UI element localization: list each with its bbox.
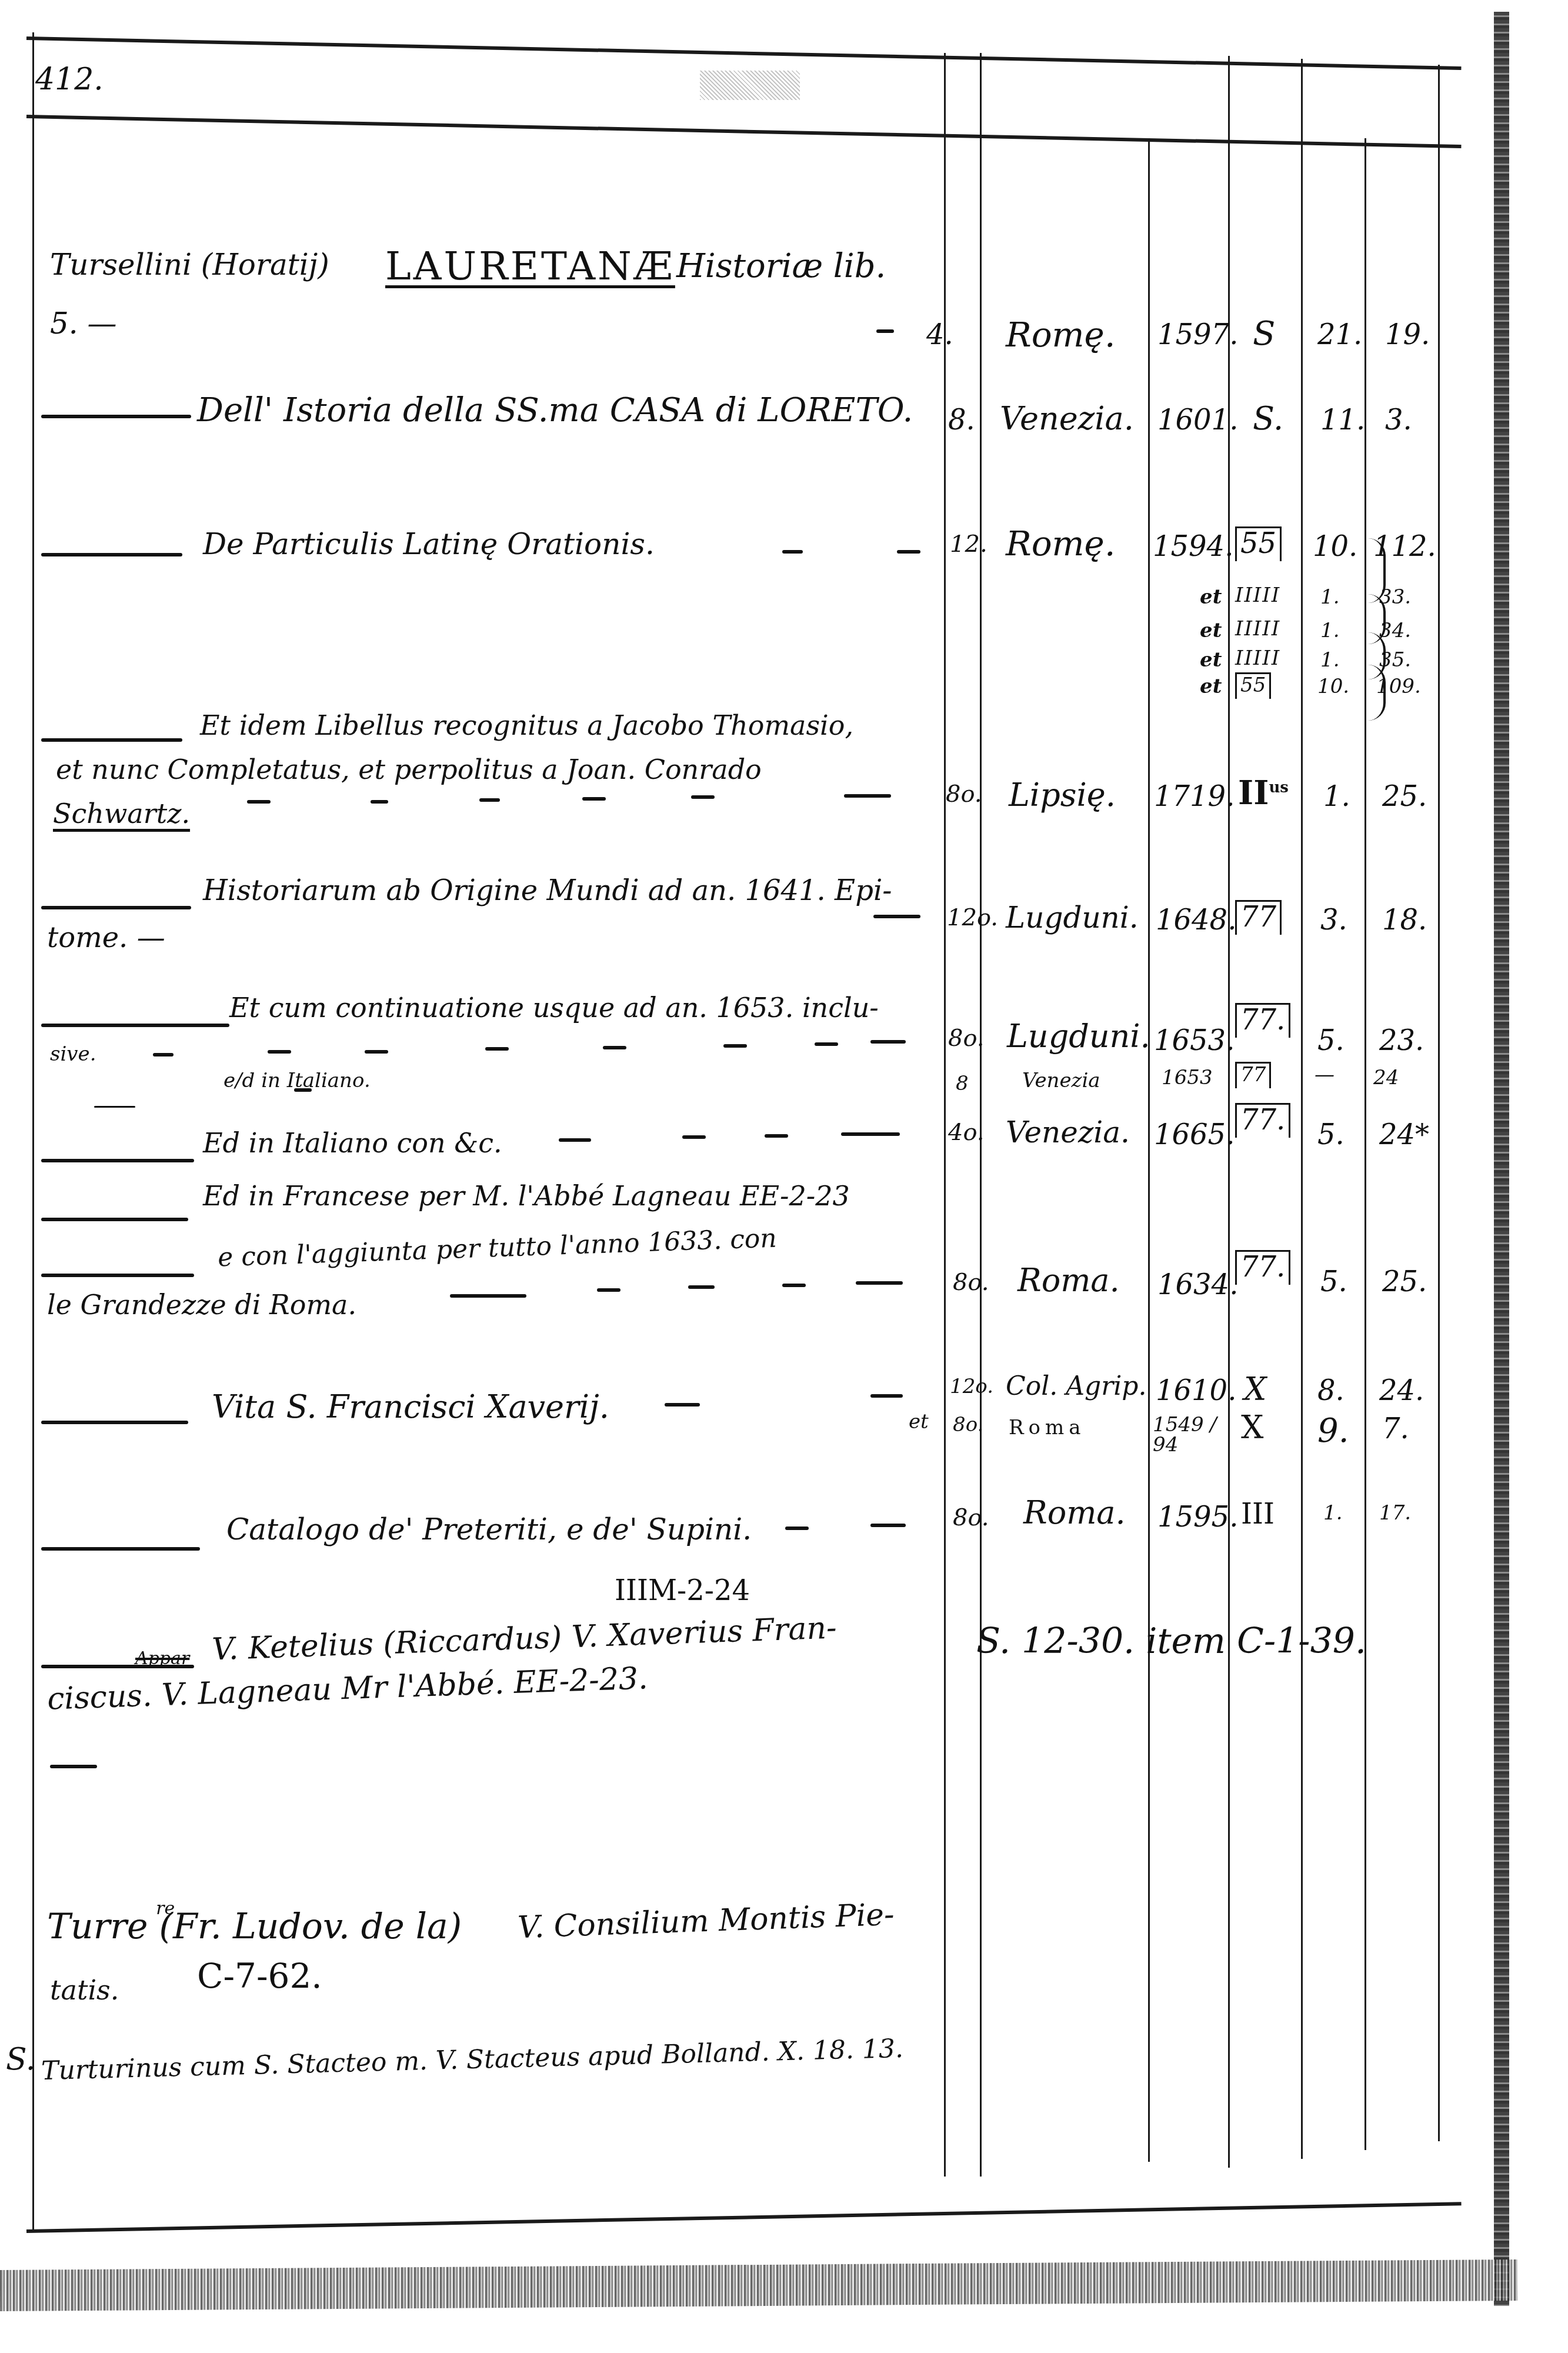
leader-dash — [782, 550, 803, 554]
format-cell: 12o. — [950, 1377, 993, 1397]
manuscript-page: 412. Tursellini (Horatij) LAURETANÆ Hist… — [0, 0, 1568, 2353]
leader-dash — [782, 1284, 806, 1287]
format-cell: 8o. — [953, 1271, 989, 1294]
year-cell: 1601. — [1157, 406, 1238, 434]
case-cell: 3. — [1320, 906, 1347, 934]
col-divider-year-shelf — [1228, 56, 1230, 2168]
cross-ref-line2: ciscus. V. Lagneau Mr l'Abbé. EE-2-23. — [46, 1663, 648, 1715]
leader-dash — [682, 1135, 706, 1139]
page-edge-shadow — [1494, 12, 1509, 2306]
year-cell: 1648. — [1156, 906, 1236, 934]
leader-dash — [665, 1403, 700, 1407]
entry-title: De Particulis Latinę Orationis. — [203, 529, 655, 559]
place-cell: Roma — [1009, 1418, 1086, 1438]
shelf-cell-boxed: 55 — [1235, 526, 1282, 561]
leader-dash — [876, 329, 894, 333]
et-prefix: et — [1200, 587, 1222, 607]
et-prefix: et — [1200, 650, 1222, 670]
place-cell: Lipsię. — [1009, 779, 1116, 811]
ditto-dash — [41, 1421, 188, 1424]
leader-dash — [582, 797, 606, 801]
header-rule — [26, 115, 1462, 148]
year-cell: 1634. — [1157, 1271, 1238, 1299]
case-cell: 5. — [1317, 1026, 1345, 1055]
number-cell: 24 — [1373, 1068, 1399, 1088]
leader-dash — [856, 1281, 903, 1285]
leader-dash — [841, 1132, 900, 1136]
format-cell: 8o. — [953, 1506, 989, 1529]
shelf-cell-boxed: 77. — [1235, 1003, 1290, 1038]
case-cell: 1. — [1320, 650, 1339, 670]
year-cell: 1610. — [1156, 1377, 1236, 1405]
place-cell: Lugduni. — [1007, 1021, 1150, 1052]
case-cell: 10. — [1313, 532, 1357, 561]
entry-title-rest: Historiæ lib. — [676, 250, 886, 283]
leader-dash — [479, 798, 500, 802]
shelf-cell: IIIII — [1235, 585, 1280, 605]
year-cell: 1549 / 94 — [1153, 1415, 1217, 1455]
entry-title: Dell' Istoria della SS.ma CASA di LORETO… — [197, 394, 913, 427]
place-cell: Venezia. — [1006, 1118, 1130, 1147]
place-cell: Col. Agrip. — [1006, 1374, 1146, 1399]
leader-dash — [870, 1040, 906, 1044]
leader-dash — [815, 1042, 838, 1046]
shelf-cell-boxed: 77. — [1235, 1250, 1290, 1285]
ditto-dash — [50, 1765, 97, 1768]
leader-dash — [765, 1134, 788, 1138]
ditto-dash — [41, 1024, 229, 1027]
shelf-cell-boxed: 77 — [1235, 900, 1282, 935]
entry-title: e/d in Italiano. — [223, 1071, 371, 1091]
format-cell: 12o. — [947, 906, 998, 929]
entry-title-caps: LAURETANÆ — [385, 247, 675, 286]
year-cell: 1653. — [1154, 1026, 1235, 1055]
et-prefix: et — [1200, 676, 1222, 696]
leader-dash — [450, 1294, 526, 1298]
format-cell: 8o. — [953, 1415, 983, 1435]
case-cell: 21. — [1317, 321, 1362, 349]
leader-dash — [153, 1053, 174, 1056]
leader-dash — [688, 1285, 715, 1289]
number-cell: 23. — [1379, 1026, 1424, 1055]
year-cell: 1595. — [1157, 1503, 1238, 1531]
number-cell: 17. — [1379, 1503, 1411, 1523]
year-cell: 1594. — [1153, 532, 1233, 561]
entry-title-line2: tatis. — [50, 1977, 119, 2004]
margin-mark: S. — [6, 2044, 35, 2075]
shelf-cell: S. — [1253, 403, 1283, 435]
col-divider-format-right — [980, 53, 982, 2177]
leader-dash — [723, 1044, 747, 1048]
col-divider-place-year — [1148, 138, 1150, 2162]
leader-dash — [844, 794, 891, 798]
entry-title-line2: 5. — — [50, 309, 117, 338]
shelf-cell: X — [1244, 1374, 1266, 1405]
et-prefix: et — [909, 1412, 929, 1432]
entry-title-line2: tome. — — [47, 924, 165, 952]
grouping-brace — [1366, 538, 1386, 603]
case-cell: 5. — [1317, 1121, 1345, 1149]
left-margin-line — [32, 32, 34, 2232]
leader-dash — [597, 1288, 620, 1292]
number-cell: 19. — [1385, 321, 1430, 349]
case-cell: 11. — [1320, 406, 1365, 434]
entry-author: Turre (Fr. Ludov. de la)re — [47, 1909, 481, 1944]
leader-dash — [603, 1046, 626, 1049]
number-cell: 25. — [1382, 1268, 1427, 1296]
entry-title-line1: Historiarum ab Origine Mundi ad an. 1641… — [203, 876, 892, 905]
ditto-dash — [41, 1218, 188, 1221]
struck-word: Appar — [135, 1650, 189, 1668]
page-number: 412. — [35, 62, 104, 97]
case-cell: 8. — [1317, 1377, 1345, 1405]
case-cell: 1. — [1320, 587, 1339, 607]
shelf-cell-boxed: 77 — [1235, 1062, 1271, 1088]
number-cell: 25. — [1382, 782, 1427, 811]
leader-dash — [691, 795, 715, 799]
shelf-cell: IIIII — [1235, 619, 1280, 639]
leader-dash — [247, 800, 271, 804]
col-divider-case-number — [1365, 138, 1366, 2150]
et-prefix: et — [1200, 621, 1222, 641]
ditto-dash — [41, 415, 191, 418]
format-cell: 12. — [950, 532, 987, 556]
leader-dash — [559, 1138, 591, 1142]
entry-title-rest: V. Consilium Montis Pie- — [517, 1899, 895, 1943]
case-cell: — — [1315, 1065, 1335, 1085]
leader-dash — [485, 1047, 509, 1051]
ditto-dash — [41, 906, 191, 909]
col-divider-format-left — [944, 53, 946, 2177]
shelf-cross-reference: S. 12-30. item C-1-39. — [976, 1624, 1366, 1659]
ditto-dash — [41, 1159, 194, 1162]
shelf-cell: X — [1241, 1412, 1263, 1444]
place-cell: Roma. — [1017, 1265, 1120, 1297]
shelf-cell: IIus — [1238, 776, 1289, 809]
case-cell: 1. — [1320, 621, 1339, 641]
entry-title-line1: Et idem Libellus recognitus a Jacobo Tho… — [200, 712, 853, 739]
year-cell: 1653 — [1162, 1068, 1213, 1088]
case-cell: 1. — [1323, 1503, 1342, 1523]
entry-title-line1: Et cum continuatione usque ad an. 1653. … — [229, 994, 879, 1021]
case-cell: 1. — [1323, 782, 1350, 811]
cross-ref-line1: V. Ketelius (Riccardus) V. Xaverius Fran… — [211, 1612, 837, 1665]
number-cell: 24* — [1379, 1121, 1429, 1149]
ditto-dash — [41, 553, 182, 556]
case-cell: 10. — [1317, 676, 1349, 696]
entry-title-line2: sive. — [50, 1044, 96, 1064]
shelf-reference: C-7-62. — [197, 1959, 322, 1993]
shelf-cell: S — [1253, 318, 1275, 351]
format-cell: 4. — [926, 321, 953, 349]
leader-dash — [785, 1527, 809, 1530]
entry-title: Catalogo de' Preteriti, e de' Supini. — [226, 1515, 752, 1544]
year-cell: 1597. — [1157, 321, 1238, 349]
bottom-rule — [26, 2202, 1462, 2233]
entry-title: Ed in Italiano con &c. — [203, 1129, 502, 1156]
ditto-dash — [41, 1274, 194, 1277]
leader-dash — [897, 550, 920, 554]
shelf-cell-boxed: 55 — [1235, 672, 1271, 699]
leader-dash — [873, 915, 920, 918]
stamp-smudge — [700, 71, 800, 100]
right-margin-line — [1438, 65, 1440, 2141]
superscript-reference: IIIM-2-24 — [615, 1577, 750, 1605]
year-cell: 1665. — [1154, 1121, 1235, 1149]
grouping-brace — [1366, 665, 1386, 721]
place-cell: Roma. — [1023, 1497, 1126, 1529]
ditto-dash — [94, 1106, 135, 1108]
leader-dash — [268, 1050, 291, 1054]
place-cell: Romę. — [1006, 526, 1115, 561]
number-cell: 3. — [1385, 406, 1412, 434]
entry-title-line2: et nunc Completatus, et perpolitus a Joa… — [56, 756, 762, 783]
entry-title: Ed in Francese per M. l'Abbé Lagneau EE-… — [203, 1182, 850, 1209]
col-divider-shelf-case — [1301, 59, 1303, 2159]
year-cell: 1719. — [1154, 782, 1235, 811]
entry-title: Vita S. Francisci Xaverij. — [212, 1391, 609, 1423]
entry-line: Turturinus cum S. Stacteo m. V. Stacteus… — [41, 2036, 904, 2084]
number-cell: 24. — [1379, 1377, 1424, 1405]
entry-title-line3: Schwartz. — [53, 800, 190, 827]
number-cell: 18. — [1382, 906, 1427, 934]
place-cell: Venezia — [1022, 1071, 1100, 1091]
format-cell: 4o. — [948, 1121, 985, 1144]
place-cell: Romę. — [1006, 318, 1115, 352]
place-cell: Venezia. — [1000, 403, 1134, 435]
leader-dash — [870, 1524, 906, 1527]
number-cell: 7. — [1382, 1415, 1409, 1443]
entry-title-line2: le Grandezze di Roma. — [47, 1291, 356, 1318]
format-cell: 8 — [956, 1074, 969, 1094]
shelf-cell: IIIII — [1235, 648, 1280, 668]
case-cell: 9. — [1317, 1415, 1349, 1448]
entry-title-line1: e con l'aggiunta per tutto l'anno 1633. … — [218, 1225, 778, 1271]
format-cell: 8. — [948, 406, 975, 434]
format-cell: 8o. — [948, 1026, 985, 1050]
format-cell: 8o. — [946, 782, 982, 806]
leader-dash — [870, 1394, 903, 1398]
shelf-cell-boxed: 77. — [1235, 1103, 1290, 1138]
ditto-dash — [41, 738, 182, 742]
entry-author: Tursellini (Horatij) — [50, 250, 329, 279]
place-cell: Lugduni. — [1006, 903, 1139, 932]
case-cell: 5. — [1320, 1268, 1347, 1296]
leader-dash — [294, 1088, 312, 1092]
leader-dash — [371, 800, 388, 804]
leader-dash — [365, 1050, 388, 1054]
scan-bottom-edge — [0, 2259, 1517, 2311]
top-rule — [26, 36, 1462, 70]
shelf-cell: III — [1241, 1500, 1275, 1528]
ditto-dash — [41, 1547, 200, 1551]
